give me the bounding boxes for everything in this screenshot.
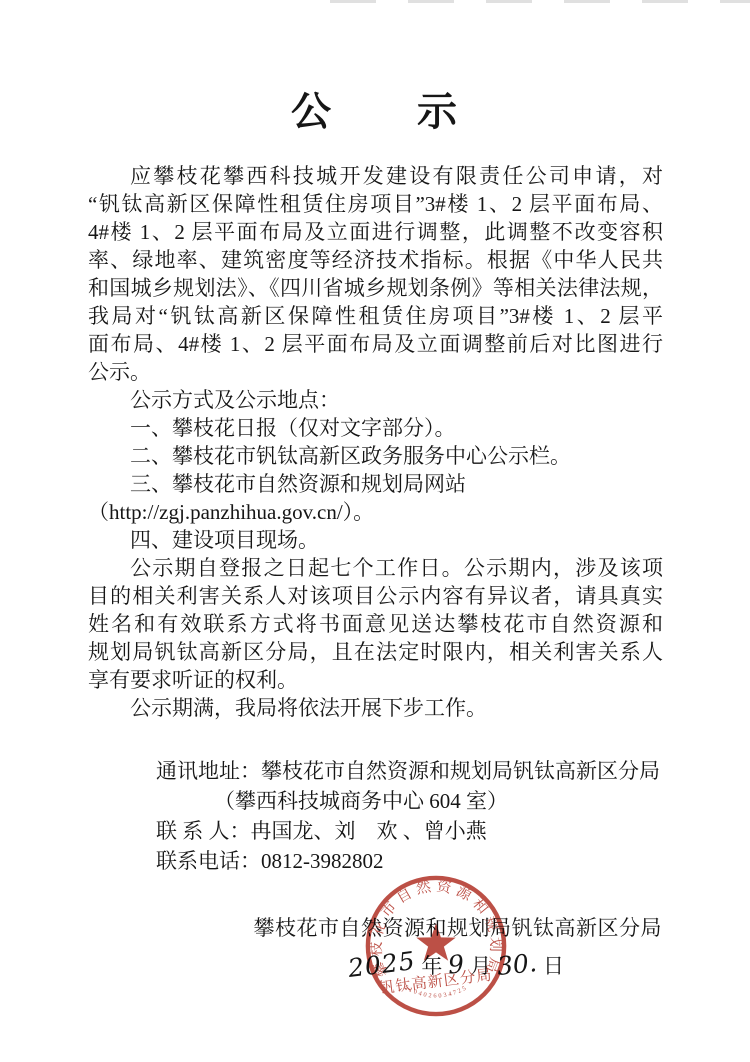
body-line: 规划局钒钛高新区分局，且在法定时限内，相关利害关系人 xyxy=(88,638,663,666)
signature-org: 攀枝花市自然资源和规划局钒钛高新区分局 xyxy=(0,914,750,942)
notice-body: 应攀枝花攀西科技城开发建设有限责任公司申请，对“钒钛高新区保障性租赁住房项目”3… xyxy=(88,162,663,722)
contact-line: 联 系 人：冉国龙、刘 欢 、曾小燕 xyxy=(88,816,663,846)
body-line: 享有要求听证的权利。 xyxy=(88,666,663,694)
contact-line: （攀西科技城商务中心 604 室） xyxy=(88,786,663,816)
body-line: 公示。 xyxy=(88,358,663,386)
body-line: “钒钛高新区保障性租赁住房项目”3#楼 1、2 层平面布局、 xyxy=(88,190,663,218)
contact-block: 通讯地址：攀枝花市自然资源和规划局钒钛高新区分局（攀西科技城商务中心 604 室… xyxy=(88,756,663,876)
body-line: 面布局、4#楼 1、2 层平面布局及立面调整前后对比图进行 xyxy=(88,330,663,358)
body-line: 应攀枝花攀西科技城开发建设有限责任公司申请，对 xyxy=(88,162,663,190)
contact-line: 联系电话：0812-3982802 xyxy=(88,846,663,876)
date-day-handwritten: 30. xyxy=(496,948,539,982)
body-line: 4#楼 1、2 层平面布局及立面进行调整，此调整不改变容积 xyxy=(88,218,663,246)
body-line: 四、建设项目现场。 xyxy=(88,526,663,554)
seal-ring xyxy=(368,878,504,1014)
body-line: 我局对“钒钛高新区保障性租赁住房项目”3#楼 1、2 层平 xyxy=(88,302,663,330)
body-line: 姓名和有效联系方式将书面意见送达攀枝花市自然资源和 xyxy=(88,610,663,638)
notice-page: 公 示 应攀枝花攀西科技城开发建设有限责任公司申请，对“钒钛高新区保障性租赁住房… xyxy=(0,0,750,1062)
signature-date: 2025年9月30.日 xyxy=(0,950,750,981)
body-line: 二、攀枝花市钒钛高新区政务服务中心公示栏。 xyxy=(88,442,663,470)
body-line: 公示方式及公示地点： xyxy=(88,386,663,414)
notice-title: 公 示 xyxy=(0,88,750,136)
body-line: （http://zgj.panzhihua.gov.cn/）。 xyxy=(88,498,663,526)
date-year-handwritten: 2025 xyxy=(346,946,417,984)
date-year-label: 年 xyxy=(421,954,442,978)
date-month-handwritten: 9 xyxy=(447,949,465,980)
svg-text:5104026034725: 5104026034725 xyxy=(403,984,469,1000)
body-line: 率、绿地率、建筑密度等经济技术指标。根据《中华人民共 xyxy=(88,246,663,274)
scan-artifact xyxy=(330,0,750,3)
body-line: 公示期满，我局将依法开展下步工作。 xyxy=(88,694,663,722)
contact-line: 通讯地址：攀枝花市自然资源和规划局钒钛高新区分局 xyxy=(88,756,663,786)
body-line: 和国城乡规划法》、《四川省城乡规划条例》等相关法律法规， xyxy=(88,274,663,302)
body-line: 公示期自登报之日起七个工作日。公示期内，涉及该项 xyxy=(88,554,663,582)
body-line: 目的相关利害关系人对该项目公示内容有异议者，请具真实 xyxy=(88,582,663,610)
body-line: 三、攀枝花市自然资源和规划局网站 xyxy=(88,470,663,498)
date-day-label: 日 xyxy=(543,954,564,978)
date-month-label: 月 xyxy=(470,954,491,978)
body-line: 一、攀枝花日报（仅对文字部分）。 xyxy=(88,414,663,442)
seal-serial: 5104026034725 xyxy=(403,984,469,1000)
official-seal: 攀枝花市自然资源和规划局 钒钛高新区分局 5104026034725 xyxy=(362,872,510,1020)
